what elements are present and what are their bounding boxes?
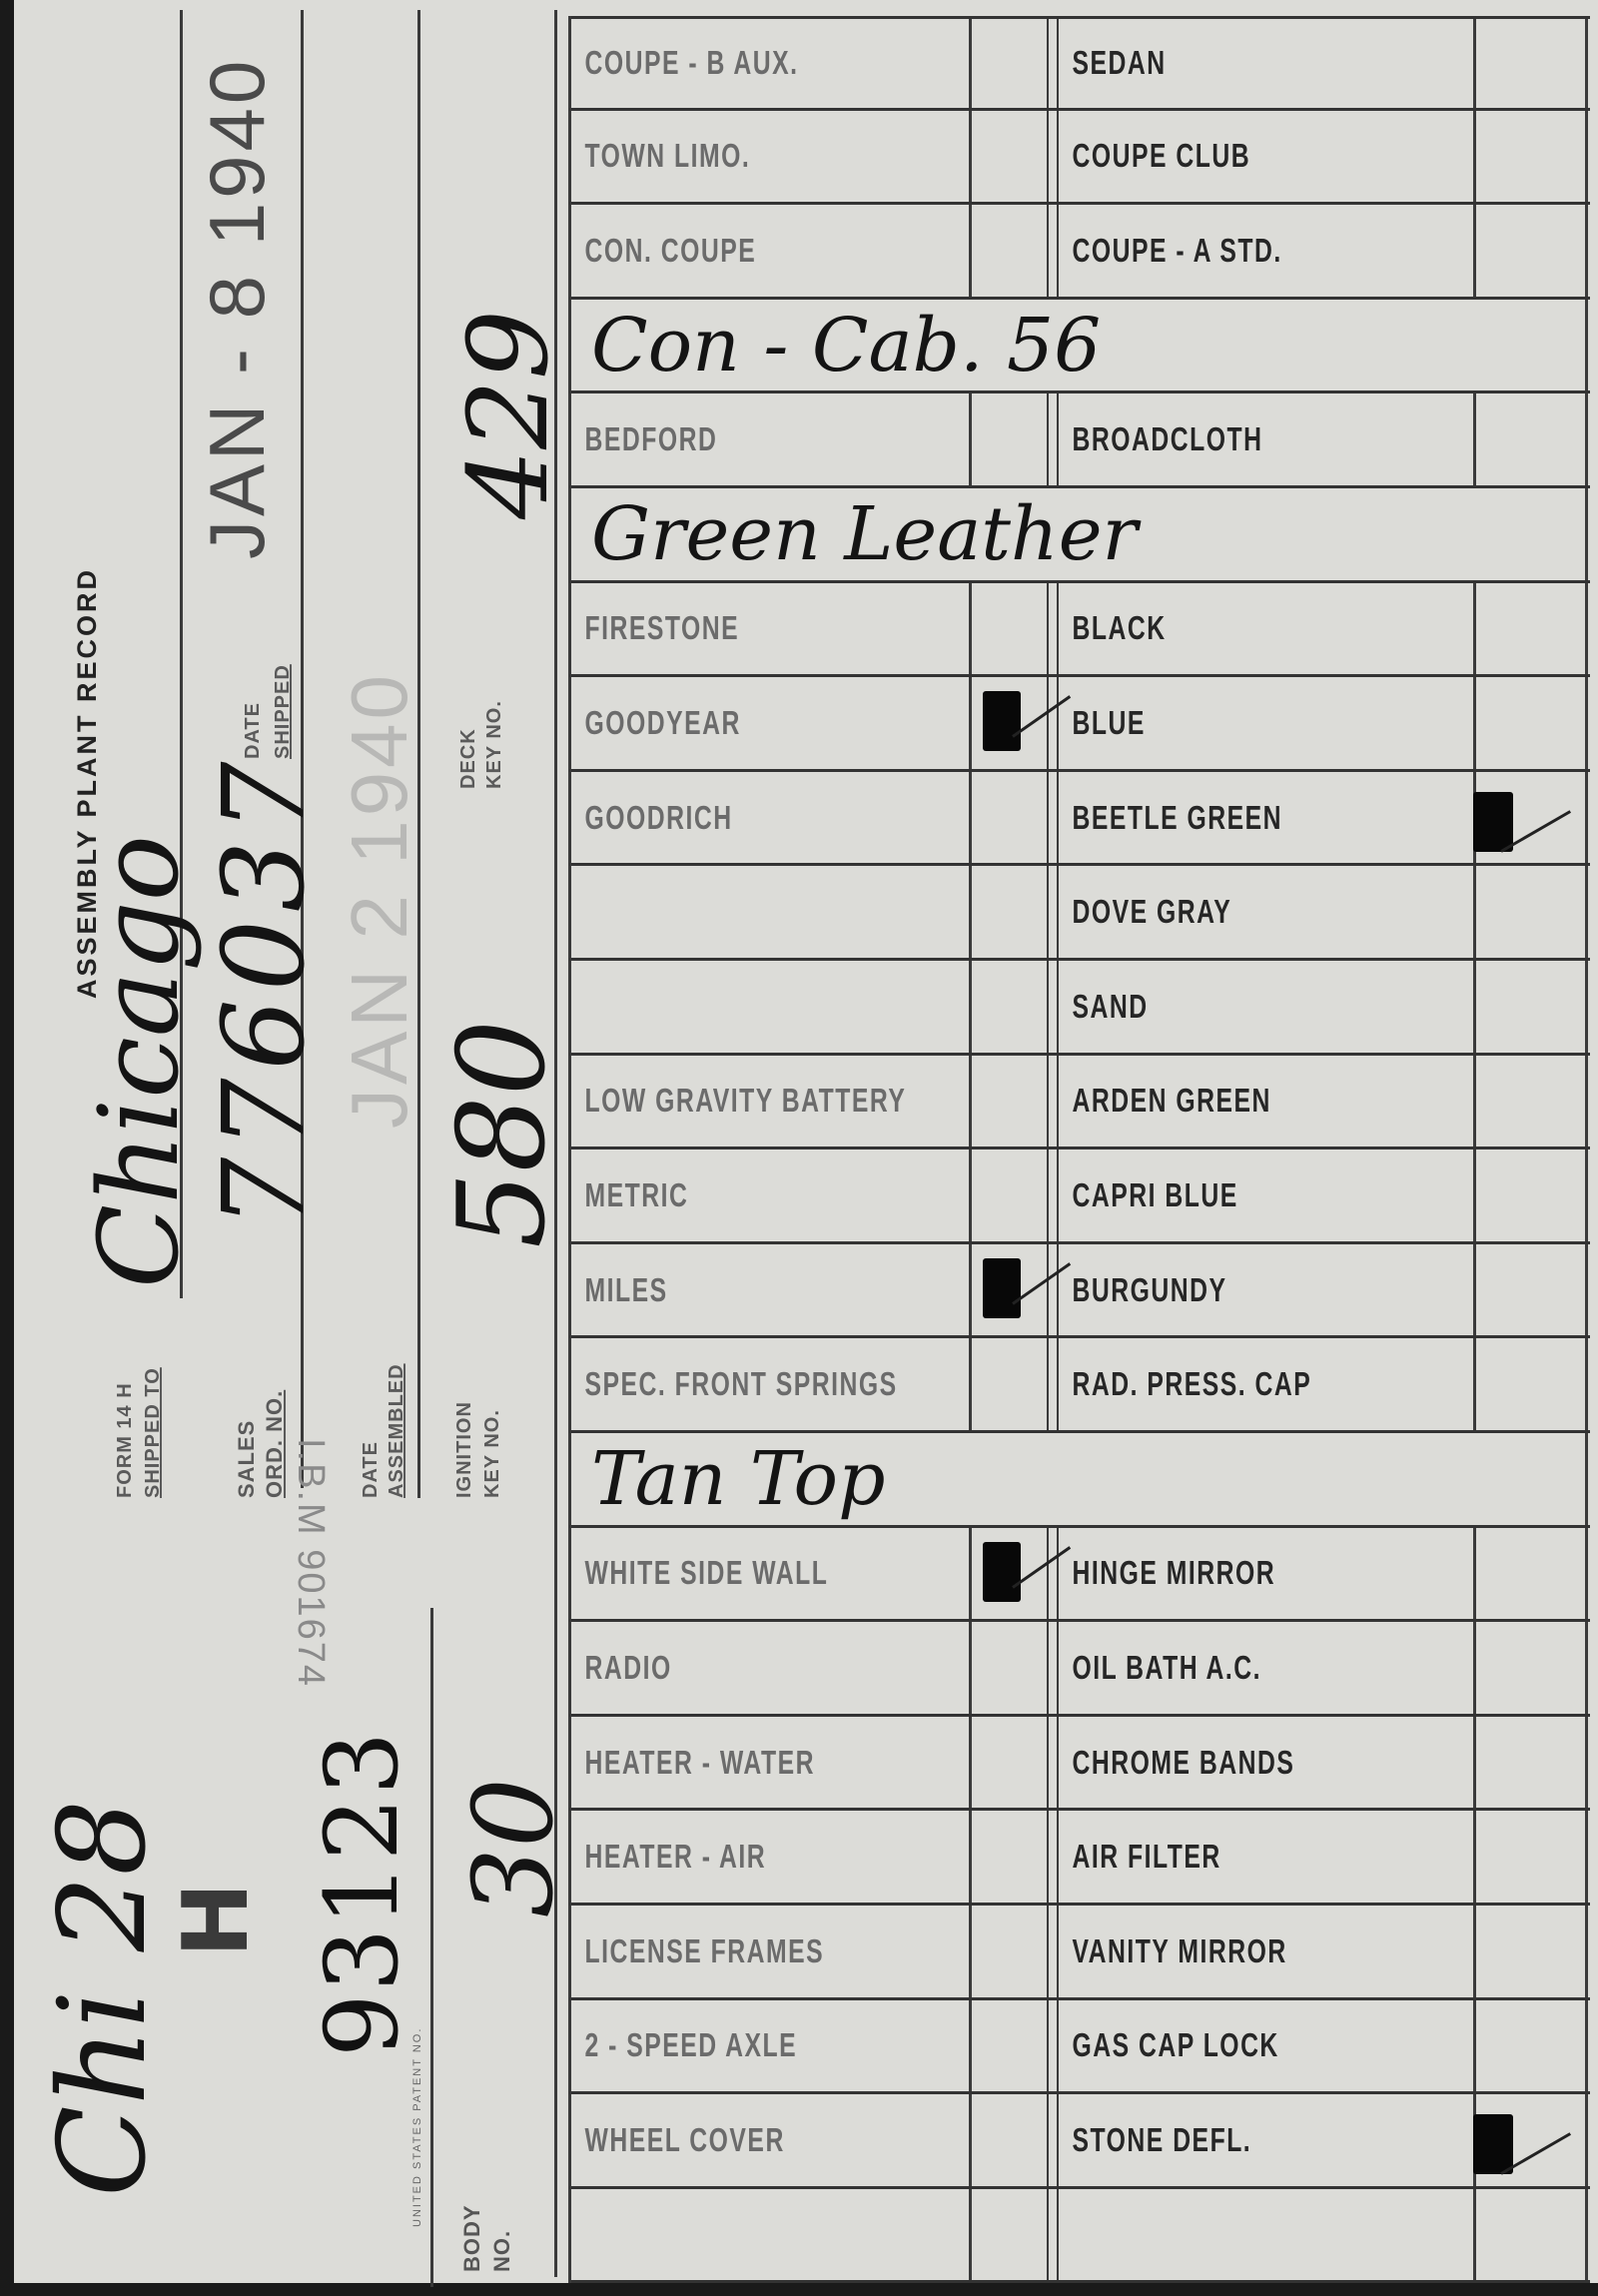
option-row: RADIOOIL BATH A.C. bbox=[571, 1622, 1590, 1717]
option-right: SEDAN bbox=[1059, 19, 1473, 108]
option-right-checkbox[interactable] bbox=[1473, 772, 1585, 864]
option-left-checkbox[interactable] bbox=[969, 2000, 1047, 2092]
sales-order-value: 776037 bbox=[209, 753, 321, 1228]
option-row: Tan Top bbox=[571, 1433, 1590, 1528]
option-left-checkbox[interactable] bbox=[969, 2189, 1047, 2281]
option-row: LICENSE FRAMESVANITY MIRROR bbox=[571, 1906, 1590, 2000]
option-left: MILES bbox=[571, 1244, 969, 1336]
serial-letter: H bbox=[164, 1883, 269, 1957]
option-row: WHITE SIDE WALLHINGE MIRROR bbox=[571, 1528, 1590, 1623]
option-right-checkbox[interactable] bbox=[1473, 2094, 1585, 2186]
option-label: STONE DEFL. bbox=[1059, 2121, 1251, 2159]
check-mark-icon bbox=[983, 1258, 1021, 1318]
option-right-checkbox[interactable] bbox=[1473, 1717, 1585, 1809]
option-label: BLACK bbox=[1059, 609, 1167, 647]
shipped-to-label: SHIPPED TO bbox=[142, 1367, 164, 1498]
option-left-checkbox[interactable] bbox=[969, 1906, 1047, 1997]
option-left: METRIC bbox=[571, 1149, 969, 1241]
option-label: ARDEN GREEN bbox=[1059, 1082, 1271, 1120]
date-shipped-label-2: SHIPPED bbox=[272, 664, 294, 759]
option-row: GOODRICHBEETLE GREEN bbox=[571, 772, 1590, 867]
option-row: 2 - SPEED AXLEGAS CAP LOCK bbox=[571, 2000, 1590, 2095]
option-row: FIRESTONEBLACK bbox=[571, 583, 1590, 678]
option-row bbox=[571, 2189, 1590, 2284]
option-left-checkbox[interactable] bbox=[969, 393, 1047, 485]
date-shipped-stamp: JAN - 8 1940 bbox=[192, 57, 283, 559]
option-left-checkbox[interactable] bbox=[969, 1338, 1047, 1430]
body-no-label-2: NO. bbox=[491, 2230, 513, 2272]
option-right-checkbox[interactable] bbox=[1473, 1056, 1585, 1148]
option-left-checkbox[interactable] bbox=[969, 866, 1047, 958]
grid-column-line bbox=[568, 300, 571, 391]
option-right: ARDEN GREEN bbox=[1059, 1056, 1473, 1148]
option-right: CHROME BANDS bbox=[1059, 1717, 1473, 1809]
option-row: CON. COUPECOUPE - A STD. bbox=[571, 205, 1590, 300]
option-label: GOODRICH bbox=[571, 799, 733, 837]
option-label: HINGE MIRROR bbox=[1059, 1554, 1275, 1592]
option-left: COUPE - B AUX. bbox=[571, 19, 969, 108]
option-right-checkbox[interactable] bbox=[1473, 2189, 1585, 2281]
option-right-checkbox[interactable] bbox=[1473, 1244, 1585, 1336]
option-row: Con - Cab. 56 bbox=[571, 300, 1590, 394]
deck-key-value: 429 bbox=[453, 310, 563, 519]
option-right-checkbox[interactable] bbox=[1473, 2000, 1585, 2092]
option-right: STONE DEFL. bbox=[1059, 2094, 1473, 2186]
option-label: OIL BATH A.C. bbox=[1059, 1649, 1261, 1687]
option-label: METRIC bbox=[571, 1176, 688, 1214]
assembly-plant-record-card: ASSEMBLY PLANT RECORD FORM 14 H SHIPPED … bbox=[14, 0, 1598, 2283]
option-label: CHROME BANDS bbox=[1059, 1744, 1294, 1782]
option-right-checkbox[interactable] bbox=[1473, 393, 1585, 485]
option-left bbox=[571, 2189, 969, 2281]
body-no-label-1: BODY bbox=[461, 2204, 483, 2272]
grid-column-line bbox=[1585, 300, 1588, 391]
option-right-checkbox[interactable] bbox=[1473, 1149, 1585, 1241]
option-left: HEATER - WATER bbox=[571, 1717, 969, 1809]
option-right-checkbox[interactable] bbox=[1473, 1906, 1585, 1997]
form-label: FORM 14 H bbox=[114, 1382, 136, 1498]
option-right: VANITY MIRROR bbox=[1059, 1906, 1473, 1997]
grid-column-line bbox=[1585, 488, 1588, 580]
option-left-checkbox[interactable] bbox=[969, 1528, 1047, 1620]
handwritten-entry: Tan Top bbox=[591, 1433, 1580, 1525]
option-row: Green Leather bbox=[571, 488, 1590, 583]
option-label: COUPE CLUB bbox=[1059, 137, 1250, 175]
serial-number: 93123 bbox=[304, 1730, 420, 2057]
option-left bbox=[571, 961, 969, 1053]
option-left-checkbox[interactable] bbox=[969, 583, 1047, 675]
check-mark-icon bbox=[983, 1542, 1021, 1602]
option-left-checkbox[interactable] bbox=[969, 205, 1047, 297]
option-label: 2 - SPEED AXLE bbox=[571, 2026, 797, 2064]
option-left: GOODYEAR bbox=[571, 677, 969, 769]
option-left: GOODRICH bbox=[571, 772, 969, 864]
option-label: MILES bbox=[571, 1271, 668, 1309]
option-row: HEATER - AIRAIR FILTER bbox=[571, 1811, 1590, 1906]
date-assembled-stamp: JAN 2 1940 bbox=[334, 671, 425, 1129]
option-row: WHEEL COVERSTONE DEFL. bbox=[571, 2094, 1590, 2189]
option-label: FIRESTONE bbox=[571, 609, 739, 647]
grid-column-line bbox=[568, 1433, 571, 1525]
handwritten-entry: Green Leather bbox=[591, 488, 1580, 580]
option-left-checkbox[interactable] bbox=[969, 1244, 1047, 1336]
patent-text: UNITED STATES PATENT NO. bbox=[411, 2027, 423, 2227]
option-label: BURGUNDY bbox=[1059, 1271, 1227, 1309]
option-row: TOWN LIMO.COUPE CLUB bbox=[571, 111, 1590, 206]
option-left: LICENSE FRAMES bbox=[571, 1906, 969, 1997]
option-label: TOWN LIMO. bbox=[571, 137, 750, 175]
ord-no-label: ORD. NO. bbox=[264, 1390, 286, 1498]
option-right: HINGE MIRROR bbox=[1059, 1528, 1473, 1620]
handwritten-entry: Con - Cab. 56 bbox=[591, 300, 1580, 391]
option-label: DOVE GRAY bbox=[1059, 893, 1231, 931]
option-left: SPEC. FRONT SPRINGS bbox=[571, 1338, 969, 1430]
shipped-to-value: Chicago bbox=[84, 835, 194, 1288]
option-label: RAD. PRESS. CAP bbox=[1059, 1365, 1311, 1403]
check-mark-icon bbox=[1473, 2114, 1513, 2174]
option-row: BEDFORDBROADCLOTH bbox=[571, 393, 1590, 488]
sales-label: SALES bbox=[236, 1420, 258, 1498]
option-left: 2 - SPEED AXLE bbox=[571, 2000, 969, 2092]
option-left: HEATER - AIR bbox=[571, 1811, 969, 1903]
option-label: GOODYEAR bbox=[571, 704, 741, 742]
option-right: COUPE CLUB bbox=[1059, 111, 1473, 203]
option-right: DOVE GRAY bbox=[1059, 866, 1473, 958]
option-left-checkbox[interactable] bbox=[969, 111, 1047, 203]
option-label: WHITE SIDE WALL bbox=[571, 1554, 828, 1592]
option-right-checkbox[interactable] bbox=[1473, 677, 1585, 769]
option-label: LOW GRAVITY BATTERY bbox=[571, 1082, 906, 1120]
option-right: BROADCLOTH bbox=[1059, 393, 1473, 485]
option-left-checkbox[interactable] bbox=[969, 1056, 1047, 1148]
ibm-number: I.B.M 901674 bbox=[289, 1438, 332, 1688]
date-shipped-label-1: DATE bbox=[242, 702, 264, 759]
divider-line bbox=[301, 10, 304, 1488]
option-right: BLUE bbox=[1059, 677, 1473, 769]
option-right-checkbox[interactable] bbox=[1473, 961, 1585, 1053]
option-label: CAPRI BLUE bbox=[1059, 1176, 1238, 1214]
option-right-checkbox[interactable] bbox=[1473, 205, 1585, 297]
option-right: SAND bbox=[1059, 961, 1473, 1053]
option-label: AIR FILTER bbox=[1059, 1838, 1221, 1876]
ignition-key-label-2: KEY NO. bbox=[481, 1409, 503, 1498]
option-right-checkbox[interactable] bbox=[1473, 1811, 1585, 1903]
option-label: HEATER - AIR bbox=[571, 1838, 766, 1876]
option-label: CON. COUPE bbox=[571, 232, 756, 270]
grid-column-line bbox=[568, 488, 571, 580]
option-row: COUPE - B AUX.SEDAN bbox=[571, 16, 1590, 111]
option-right: OIL BATH A.C. bbox=[1059, 1622, 1473, 1714]
option-label: WHEEL COVER bbox=[571, 2121, 785, 2159]
option-left: RADIO bbox=[571, 1622, 969, 1714]
divider-line bbox=[430, 1608, 433, 2287]
option-label: BEETLE GREEN bbox=[1059, 799, 1282, 837]
option-right: GAS CAP LOCK bbox=[1059, 2000, 1473, 2092]
check-mark-icon bbox=[983, 691, 1021, 751]
option-row: GOODYEARBLUE bbox=[571, 677, 1590, 772]
option-left-checkbox[interactable] bbox=[969, 1149, 1047, 1241]
body-number-value: 30 bbox=[458, 1778, 568, 1917]
option-right: AIR FILTER bbox=[1059, 1811, 1473, 1903]
ignition-key-value: 580 bbox=[443, 1020, 563, 1248]
option-label: COUPE - A STD. bbox=[1059, 232, 1282, 270]
option-label: GAS CAP LOCK bbox=[1059, 2026, 1279, 2064]
option-label: BEDFORD bbox=[571, 420, 717, 458]
option-label: SAND bbox=[1059, 988, 1149, 1026]
option-left-checkbox[interactable] bbox=[969, 2094, 1047, 2186]
option-right-checkbox[interactable] bbox=[1473, 111, 1585, 203]
option-label: RADIO bbox=[571, 1649, 672, 1687]
option-row: DOVE GRAY bbox=[571, 866, 1590, 961]
option-right-checkbox[interactable] bbox=[1473, 1338, 1585, 1430]
ignition-key-label-1: IGNITION bbox=[453, 1401, 475, 1498]
option-left: TOWN LIMO. bbox=[571, 111, 969, 203]
option-row: HEATER - WATERCHROME BANDS bbox=[571, 1717, 1590, 1812]
option-left: LOW GRAVITY BATTERY bbox=[571, 1056, 969, 1148]
option-right-checkbox[interactable] bbox=[1473, 19, 1585, 108]
option-right-checkbox[interactable] bbox=[1473, 1528, 1585, 1620]
option-label: VANITY MIRROR bbox=[1059, 1932, 1287, 1970]
option-left-checkbox[interactable] bbox=[969, 677, 1047, 769]
option-right: COUPE - A STD. bbox=[1059, 205, 1473, 297]
option-label: LICENSE FRAMES bbox=[571, 1932, 824, 1970]
option-left-checkbox[interactable] bbox=[969, 19, 1047, 108]
option-label: SEDAN bbox=[1059, 44, 1167, 82]
option-right-checkbox[interactable] bbox=[1473, 1622, 1585, 1714]
option-left: WHEEL COVER bbox=[571, 2094, 969, 2186]
option-row: SAND bbox=[571, 961, 1590, 1056]
deck-key-label-1: DECK bbox=[457, 728, 479, 789]
check-mark-icon bbox=[1473, 792, 1513, 852]
option-label: HEATER - WATER bbox=[571, 1744, 815, 1782]
option-left-checkbox[interactable] bbox=[969, 772, 1047, 864]
option-left: WHITE SIDE WALL bbox=[571, 1528, 969, 1620]
option-left-checkbox[interactable] bbox=[969, 961, 1047, 1053]
option-right: CAPRI BLUE bbox=[1059, 1149, 1473, 1241]
option-label: BLUE bbox=[1059, 704, 1146, 742]
option-left-checkbox[interactable] bbox=[969, 1717, 1047, 1809]
option-left: FIRESTONE bbox=[571, 583, 969, 675]
option-left: BEDFORD bbox=[571, 393, 969, 485]
option-right: BURGUNDY bbox=[1059, 1244, 1473, 1336]
option-row: MILESBURGUNDY bbox=[571, 1244, 1590, 1339]
option-label: SPEC. FRONT SPRINGS bbox=[571, 1365, 898, 1403]
date-assembled-label-2: ASSEMBLED bbox=[386, 1363, 407, 1498]
deck-key-label-2: KEY NO. bbox=[483, 700, 505, 789]
grid-column-line bbox=[1585, 1433, 1588, 1525]
option-left-checkbox[interactable] bbox=[969, 1811, 1047, 1903]
option-row: METRICCAPRI BLUE bbox=[571, 1149, 1590, 1244]
option-right: RAD. PRESS. CAP bbox=[1059, 1338, 1473, 1430]
option-right-checkbox[interactable] bbox=[1473, 583, 1585, 675]
option-right: BEETLE GREEN bbox=[1059, 772, 1473, 864]
option-label: COUPE - B AUX. bbox=[571, 44, 798, 82]
option-left-checkbox[interactable] bbox=[969, 1622, 1047, 1714]
option-right: BLACK bbox=[1059, 583, 1473, 675]
option-label: BROADCLOTH bbox=[1059, 420, 1262, 458]
date-assembled-label-1: DATE bbox=[360, 1441, 382, 1498]
option-right bbox=[1059, 2189, 1473, 2281]
serial-handwritten: Chi 28 bbox=[44, 1800, 164, 2197]
option-left bbox=[571, 866, 969, 958]
option-right-checkbox[interactable] bbox=[1473, 866, 1585, 958]
option-row: SPEC. FRONT SPRINGSRAD. PRESS. CAP bbox=[571, 1338, 1590, 1433]
option-row: LOW GRAVITY BATTERYARDEN GREEN bbox=[571, 1056, 1590, 1150]
option-left: CON. COUPE bbox=[571, 205, 969, 297]
